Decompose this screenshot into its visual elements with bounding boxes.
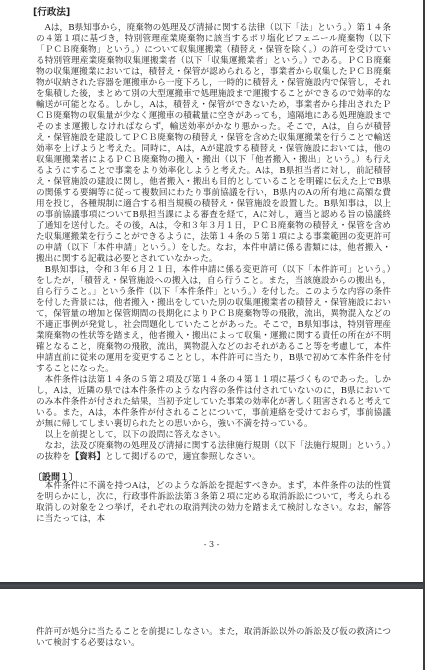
paragraph-premise: 以上を前提として，以下の設問に答えなさい。 [36,430,391,441]
document-page-3: [行政法] Aは，B県知事から，廃棄物の処理及び清掃に関する法律（以下「法」とい… [0,0,423,582]
section-heading: [行政法] [33,4,70,18]
question-1-continuation: 件許可が処分に当たることを前提にしなさい。また，取消訴訟以外の訴訟及び仮の救済に… [36,627,391,649]
page-4-body: 件許可が処分に当たることを前提にしなさい。また，取消訴訟以外の訴訟及び仮の救済に… [36,627,391,649]
materials-label: 【資料】 [71,452,106,462]
paragraph-dissatisfaction: 本件条件は法第１４条の５第２項及び第１４条の４第１１項に基づくものであった。しか… [36,375,391,430]
question-1-text: 本件条件に不満を持つAは，どのような訴訟を提起すべきか。まず，本件条件の法的性質… [36,481,391,525]
paragraph-facts: Aは，B県知事から，廃棄物の処理及び清掃に関する法律（以下「法」という。）第１４… [36,23,391,265]
pdf-viewer: [行政法] Aは，B県知事から，廃棄物の処理及び清掃に関する法律（以下「法」とい… [0,0,425,670]
question-1-body: 本件条件に不満を持つAは，どのような訴訟を提起すべきか。まず，本件条件の法的性質… [36,481,391,525]
document-page-4: 件許可が処分に当たることを前提にしなさい。また，取消訴訟以外の訴訟及び仮の救済に… [0,589,423,670]
paragraph-reference-note: なお，法及び廃棄物の処理及び清掃に関する法律施行規則（以下「法施行規則」という。… [36,441,391,463]
note-suffix: として掲げるので，適宜参照しなさい。 [105,452,260,462]
case-facts-body: Aは，B県知事から，廃棄物の処理及び清掃に関する法律（以下「法」という。）第１４… [36,23,391,463]
paragraph-permit-condition: B県知事は，令和３年６月２１日，本件申請に係る変更許可（以下「本件許可」という。… [36,265,391,375]
page-number: - 3 - [0,540,423,549]
page-separator [0,582,423,589]
